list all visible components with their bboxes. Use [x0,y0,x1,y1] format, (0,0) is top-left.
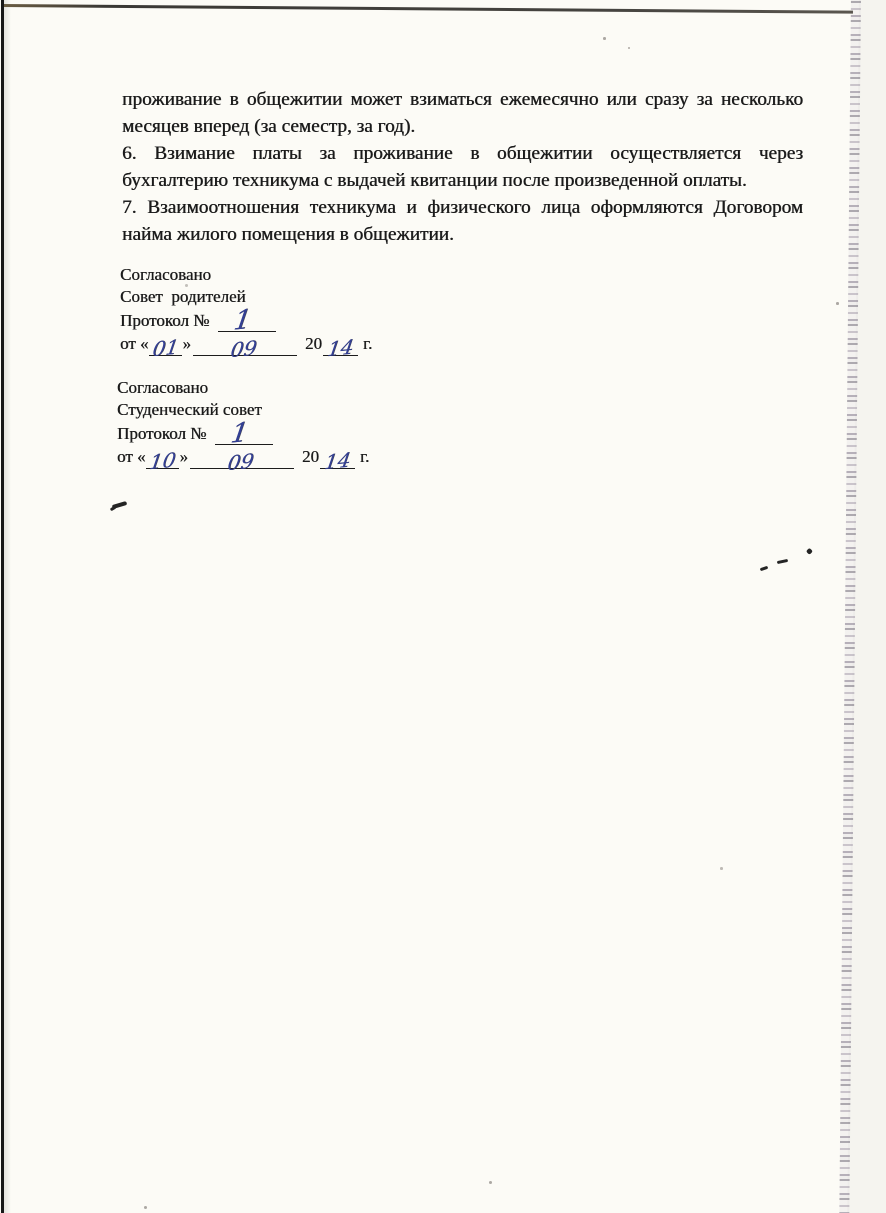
pencil-mark [777,559,788,564]
year-unit-label: г. [363,333,372,355]
scan-speck [489,1181,492,1184]
protocol-line: Протокол № 1 [120,309,372,333]
document-body: проживание в общежитии может взиматься е… [122,86,803,248]
scan-speck [628,47,630,49]
protocol-label: Протокол № [120,310,209,332]
protocol-line: Протокол № 1 [117,422,369,446]
pencil-mark [806,548,813,555]
scan-page-edge-top [2,4,853,13]
protocol-number-blank: 1 [215,423,273,445]
handwritten-day: 01 [152,337,181,360]
handwritten-protocol-number: 1 [229,419,250,448]
protocol-number-blank: 1 [218,310,276,332]
handwritten-day: 10 [149,450,178,473]
date-from-label: от « [117,446,145,468]
approval-block-student-council: Согласовано Студенческий совет Протокол … [117,377,369,469]
century-label: 20 [305,333,322,355]
scan-page-edge-left [1,0,4,1213]
date-line: от « 01 » 09 20 14 г. [120,332,372,356]
year-blank: 14 [320,449,355,469]
date-close-quote: » [182,333,191,355]
pencil-mark [760,566,769,571]
month-blank: 09 [190,449,294,469]
date-from-label: от « [120,333,148,355]
year-unit-label: г. [360,446,369,468]
month-blank: 09 [193,336,297,356]
paragraph-5-continuation: проживание в общежитии может взиматься е… [122,86,803,140]
day-blank: 10 [146,449,179,469]
date-line: от « 10 » 09 20 14 г. [117,445,369,469]
year-blank: 14 [323,336,358,356]
approval-title: Согласовано [117,377,369,399]
handwritten-year: 14 [326,337,355,360]
scan-speck [144,1206,147,1209]
day-blank: 01 [149,336,182,356]
paragraph-7: 7. Взаимоотношения техникума и физическо… [122,194,803,248]
date-close-quote: » [179,446,188,468]
paragraph-6: 6. Взимание платы за проживание в общежи… [122,140,803,194]
pencil-mark [110,506,116,511]
scan-edge-shadow [4,0,11,1213]
approval-title: Согласовано [120,264,372,286]
century-label: 20 [302,446,319,468]
approval-block-parents-council: Согласовано Совет родителей Протокол № 1… [120,264,372,356]
handwritten-protocol-number: 1 [232,306,253,335]
handwritten-month: 09 [226,451,255,474]
scan-speck [603,37,606,40]
protocol-label: Протокол № [117,423,206,445]
handwritten-year: 14 [323,450,352,473]
scanned-document-page: проживание в общежитии может взиматься е… [0,0,886,1213]
scan-speck [720,867,723,870]
handwritten-month: 09 [229,338,258,361]
scan-speck [185,284,188,287]
scan-speck [836,302,839,305]
